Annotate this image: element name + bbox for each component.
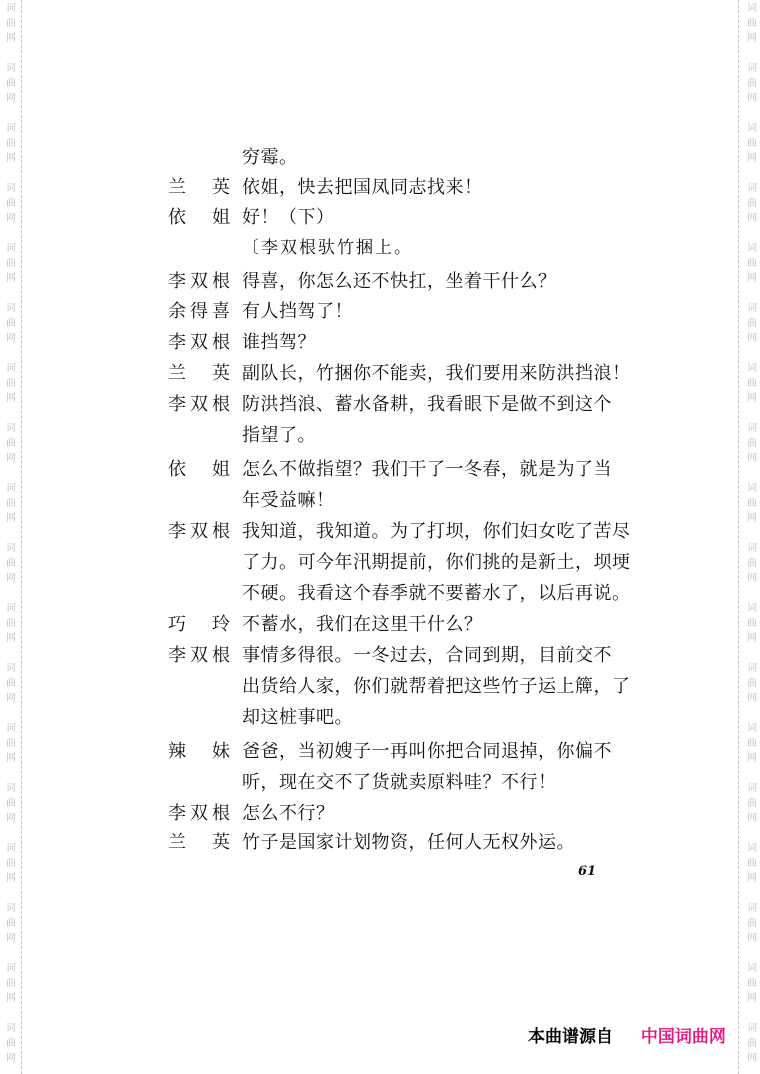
watermark-char: 词: [3, 121, 19, 136]
dialogue-text: 谁挡驾？: [242, 328, 316, 358]
watermark-group: 词曲网: [744, 61, 760, 106]
dialogue-text: 依姐，快去把国凤同志找来！: [242, 173, 483, 203]
watermark-char: 词: [744, 901, 760, 916]
watermark-char: 网: [744, 1051, 760, 1066]
dialogue-line: 却这桩事吧。: [0, 703, 760, 733]
watermark-char: 曲: [744, 916, 760, 931]
speaker-name: 李双根: [168, 390, 230, 420]
watermark-char: 曲: [744, 1036, 760, 1051]
watermark-char: 网: [3, 31, 19, 46]
dialogue-line: 李双根谁挡驾？: [0, 328, 760, 358]
dialogue-text: 爸爸，当初嫂子一再叫你把合同退掉，你偏不: [242, 737, 612, 767]
watermark-char: 词: [3, 1021, 19, 1036]
dialogue-line: 李双根怎么不行？: [0, 799, 760, 829]
watermark-group: 词曲网: [3, 1, 19, 46]
speaker-name: 巧玲: [168, 610, 230, 640]
page-number: 61: [578, 864, 596, 879]
watermark-char: 词: [744, 121, 760, 136]
speaker-name: 依姐: [168, 455, 230, 485]
speaker-name: 兰英: [168, 173, 230, 203]
dialogue-text: 不硬。我看这个春季就不要蓄水了，以后再说。: [242, 579, 631, 609]
watermark-char: 网: [744, 91, 760, 106]
dialogue-text: 好！（下）: [242, 203, 335, 233]
watermark-char: 网: [744, 31, 760, 46]
dialogue-line: 李双根得喜，你怎么还不快扛，坐着干什么？: [0, 267, 760, 297]
dialogue-text: 却这桩事吧。: [242, 703, 353, 733]
watermark-char: 曲: [744, 16, 760, 31]
dialogue-line: 年受益嘛！: [0, 486, 760, 516]
dialogue-line: 〔李双根驮竹捆上。: [0, 233, 760, 263]
dialogue-text: 年受益嘛！: [242, 486, 335, 516]
dialogue-line: 巧玲不蓄水，我们在这里干什么？: [0, 610, 760, 640]
dialogue-line: 兰英竹子是国家计划物资，任何人无权外运。: [0, 828, 760, 858]
dialogue-line: 李双根我知道，我知道。为了打坝，你们妇女吃了苦尽: [0, 517, 760, 547]
watermark-char: 词: [3, 1, 19, 16]
dialogue-line: 李双根防洪挡浪、蓄水备耕，我看眼下是做不到这个: [0, 390, 760, 420]
watermark-group: 词曲网: [3, 961, 19, 1006]
dialogue-line: 李双根事情多得很。一冬过去，合同到期，目前交不: [0, 641, 760, 671]
watermark-char: 曲: [744, 976, 760, 991]
watermark-char: 曲: [3, 1036, 19, 1051]
watermark-group: 词曲网: [744, 901, 760, 946]
speaker-name: 李双根: [168, 328, 230, 358]
watermark-char: 词: [744, 961, 760, 976]
source-label: 本曲谱源自: [528, 1027, 613, 1047]
watermark-char: 曲: [744, 856, 760, 871]
watermark-char: 词: [3, 61, 19, 76]
dialogue-line: 了力。可今年汛期提前，你们挑的是新土，坝埂: [0, 548, 760, 578]
dialogue-text: 穷霉。: [242, 143, 298, 173]
watermark-char: 词: [744, 61, 760, 76]
dialogue-line: 兰英依姐，快去把国凤同志找来！: [0, 173, 760, 203]
dialogue-line: 穷霉。: [0, 143, 760, 173]
dialogue-text: 事情多得很。一冬过去，合同到期，目前交不: [242, 641, 612, 671]
speaker-name: 依姐: [168, 203, 230, 233]
watermark-char: 网: [744, 991, 760, 1006]
dialogue-line: 指望了。: [0, 421, 760, 451]
dialogue-line: 依姐好！（下）: [0, 203, 760, 233]
site-name-link[interactable]: 中国词曲网: [641, 1027, 726, 1047]
watermark-char: 曲: [3, 16, 19, 31]
dialogue-line: 听，现在交不了货就卖原料哇？不行！: [0, 768, 760, 798]
dialogue-text: 不蓄水，我们在这里干什么？: [242, 610, 483, 640]
watermark-char: 网: [744, 931, 760, 946]
speaker-name: 兰英: [168, 828, 230, 858]
dialogue-text: 我知道，我知道。为了打坝，你们妇女吃了苦尽: [242, 517, 631, 547]
watermark-char: 网: [3, 91, 19, 106]
watermark-char: 词: [3, 901, 19, 916]
speaker-name: 李双根: [168, 799, 230, 829]
speaker-name: 辣妹: [168, 737, 230, 767]
speaker-name: 李双根: [168, 641, 230, 671]
dialogue-text: 防洪挡浪、蓄水备耕，我看眼下是做不到这个: [242, 390, 612, 420]
dialogue-line: 余得喜有人挡驾了！: [0, 297, 760, 327]
dialogue-line: 依姐怎么不做指望？我们干了一冬春，就是为了当: [0, 455, 760, 485]
dialogue-text: 副队长，竹捆你不能卖，我们要用来防洪挡浪！: [242, 359, 631, 389]
dialogue-line: 辣妹爸爸，当初嫂子一再叫你把合同退掉，你偏不: [0, 737, 760, 767]
watermark-char: 曲: [3, 976, 19, 991]
dialogue-text: 怎么不做指望？我们干了一冬春，就是为了当: [242, 455, 612, 485]
dialogue-text: 听，现在交不了货就卖原料哇？不行！: [242, 768, 557, 798]
watermark-group: 词曲网: [744, 961, 760, 1006]
watermark-char: 网: [3, 931, 19, 946]
dialogue-text: 指望了。: [242, 421, 316, 451]
watermark-char: 曲: [744, 76, 760, 91]
dialogue-text: 得喜，你怎么还不快扛，坐着干什么？: [242, 267, 557, 297]
stage-direction: 〔李双根驮竹捆上。: [242, 233, 413, 263]
watermark-char: 词: [744, 1021, 760, 1036]
dialogue-line: 兰英副队长，竹捆你不能卖，我们要用来防洪挡浪！: [0, 359, 760, 389]
speaker-name: 李双根: [168, 267, 230, 297]
speaker-name: 余得喜: [168, 297, 230, 327]
watermark-group: 词曲网: [3, 1021, 19, 1066]
watermark-char: 词: [744, 1, 760, 16]
watermark-char: 曲: [3, 856, 19, 871]
dialogue-text: 了力。可今年汛期提前，你们挑的是新土，坝埂: [242, 548, 631, 578]
watermark-group: 词曲网: [744, 1021, 760, 1066]
dialogue-text: 怎么不行？: [242, 799, 335, 829]
watermark-group: 词曲网: [744, 1, 760, 46]
watermark-char: 网: [744, 871, 760, 886]
watermark-char: 曲: [3, 916, 19, 931]
watermark-group: 词曲网: [3, 61, 19, 106]
watermark-group: 词曲网: [3, 901, 19, 946]
speaker-name: 李双根: [168, 517, 230, 547]
watermark-char: 网: [3, 991, 19, 1006]
watermark-char: 网: [3, 1051, 19, 1066]
watermark-char: 词: [3, 961, 19, 976]
footer-source: 本曲谱源自 中国词曲网: [528, 1022, 726, 1047]
watermark-char: 曲: [3, 76, 19, 91]
speaker-name: 兰英: [168, 359, 230, 389]
dialogue-text: 有人挡驾了！: [242, 297, 353, 327]
dialogue-text: 竹子是国家计划物资，任何人无权外运。: [242, 828, 575, 858]
dialogue-line: 不硬。我看这个春季就不要蓄水了，以后再说。: [0, 579, 760, 609]
watermark-char: 网: [3, 871, 19, 886]
dialogue-line: 出货给人家，你们就帮着把这些竹子运上簰，了: [0, 672, 760, 702]
dialogue-text: 出货给人家，你们就帮着把这些竹子运上簰，了: [242, 672, 631, 702]
